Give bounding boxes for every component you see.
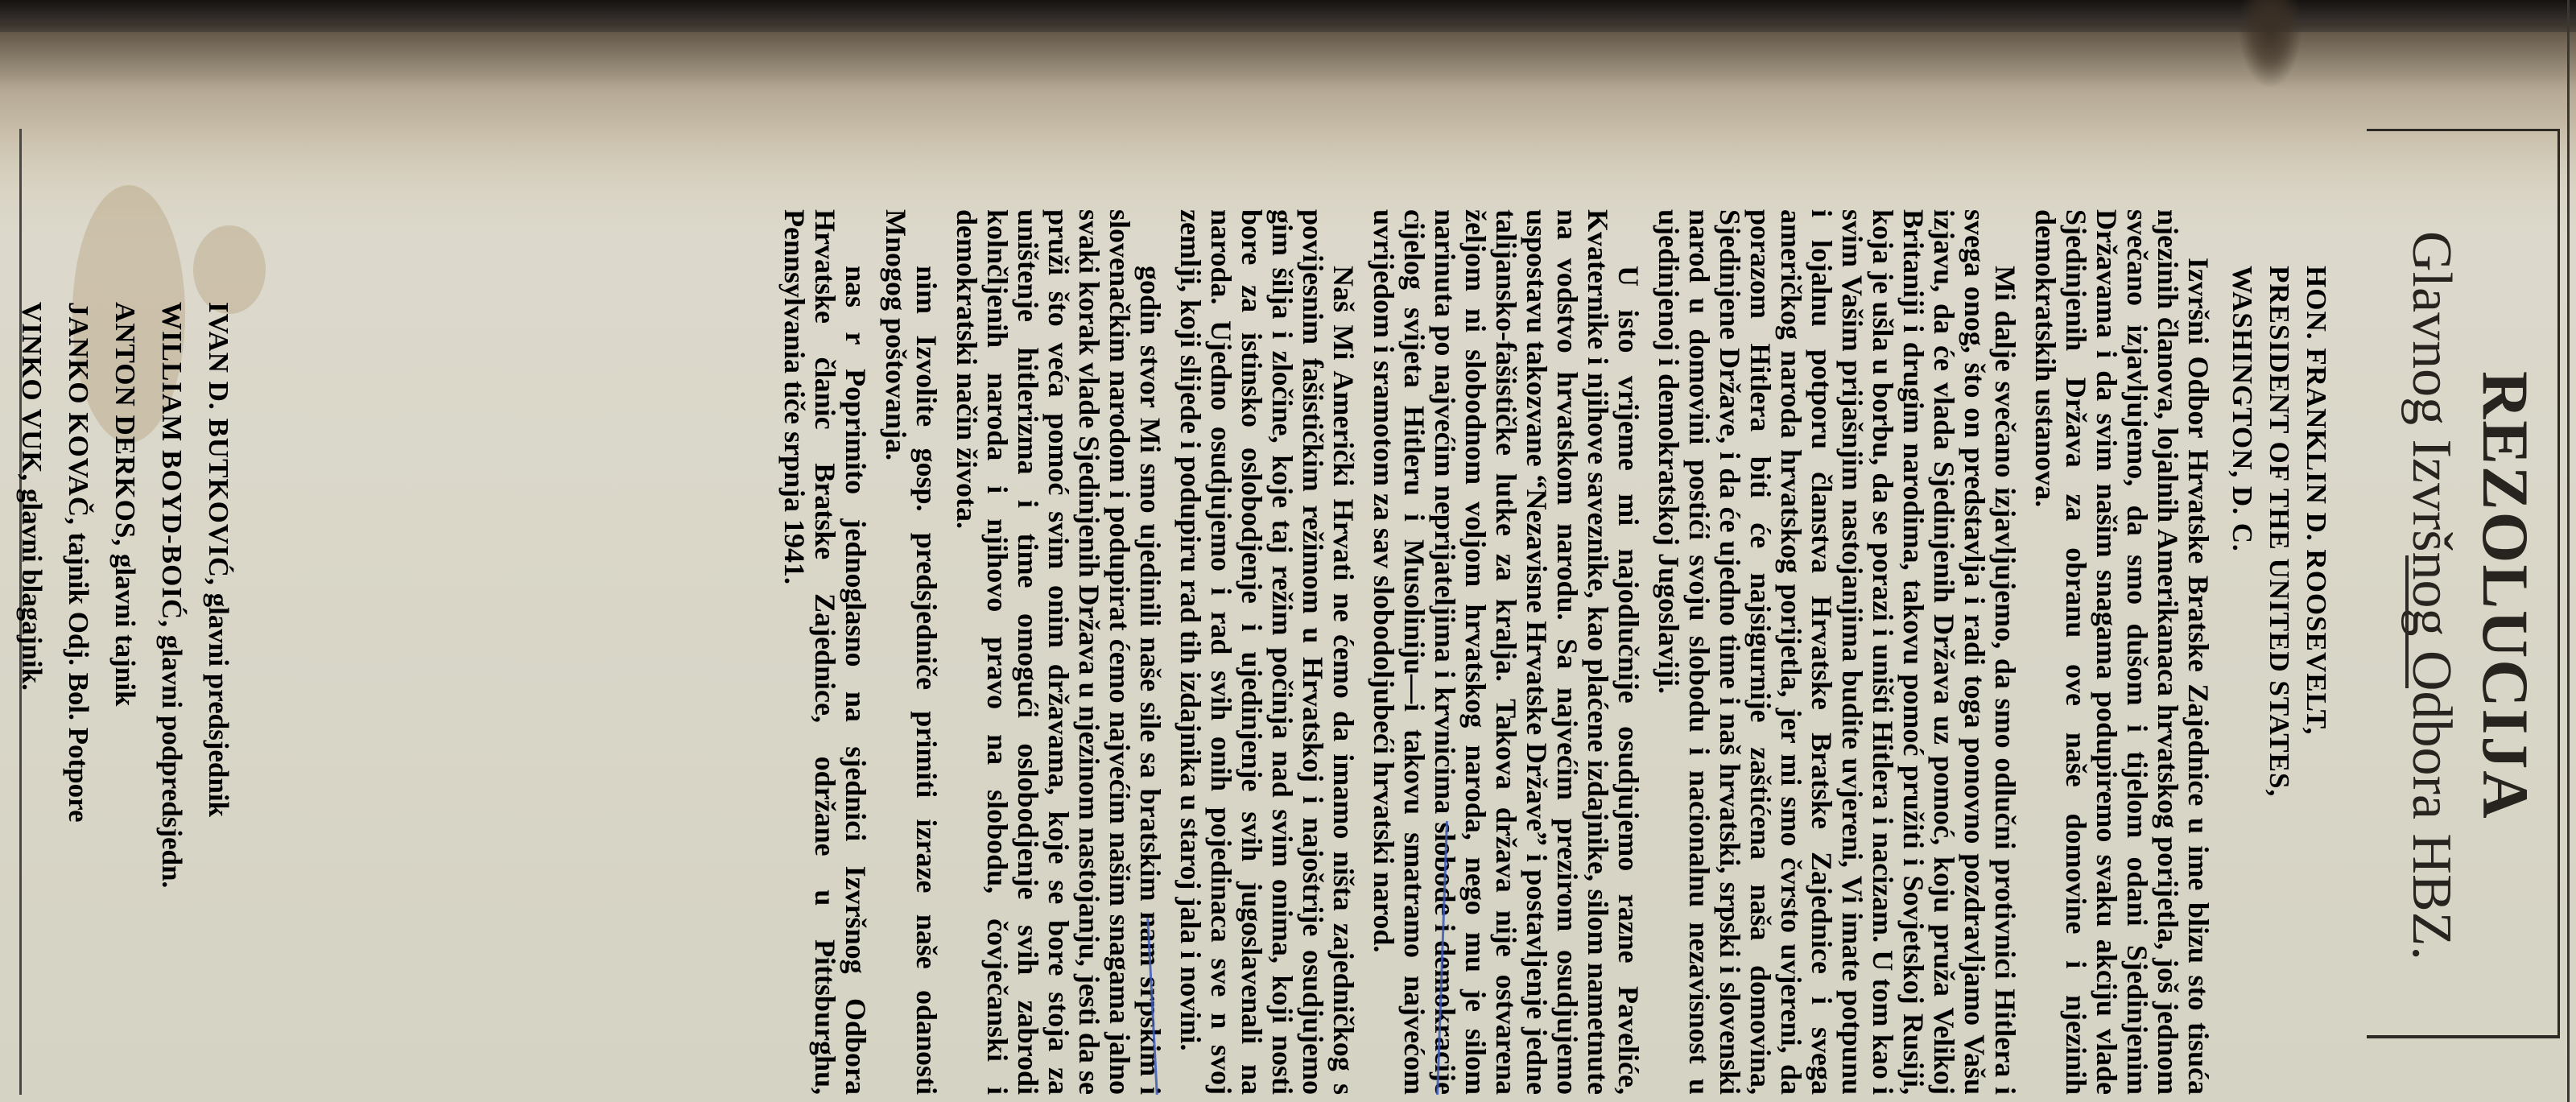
paper-stain bbox=[193, 225, 266, 314]
paragraph: godin stvor Mi smo ujedinili naše sile s… bbox=[952, 209, 1166, 1095]
paper-fold-strip bbox=[0, 32, 2576, 193]
paragraph: Izvršni Odbor Hrvatske Bratske Zajednice… bbox=[2030, 209, 2214, 1095]
address-block: HON. FRANKLIN D. ROOSEVELT, PRESIDENT OF… bbox=[2223, 266, 2334, 990]
address-line: PRESIDENT OF THE UNITED STATES, bbox=[2260, 266, 2297, 990]
paragraph: U isto vrijeme mi najodlučnije osudjujem… bbox=[1368, 209, 1644, 1095]
paragraph: nas r Poprimito jednoglasno na sjednici … bbox=[779, 209, 871, 1095]
signature: IVAN D. BUTKOVIĆ, glavni predsjednik bbox=[195, 302, 242, 914]
signature: WILLIAM BOYD-BOIĆ, glavni podpredsjedn. bbox=[148, 302, 195, 914]
signature: ANTON DERKOS, glavni tajnik bbox=[101, 302, 148, 914]
scan-dark-edge bbox=[0, 0, 2576, 23]
address-line: WASHINGTON, D. C. bbox=[2223, 266, 2260, 990]
paper-tear bbox=[2238, 0, 2302, 89]
headline: REZOLUCIJA Glavnog Izvršnog Odbora HBZ. bbox=[2396, 193, 2544, 998]
signature: VINKO VUK, glavni blagajnik. bbox=[8, 302, 55, 914]
paragraph: Naš Mi Američki Hrvati ne ćemo da imamo … bbox=[1175, 209, 1359, 1095]
headline-divider bbox=[2405, 555, 2409, 688]
resolution-body: Izvršni Odbor Hrvatske Bratske Zajednice… bbox=[266, 209, 2214, 1095]
paragraph: Mi dalje svečano izjavljujemo, da smo od… bbox=[1653, 209, 2021, 1095]
right-column-rule bbox=[2567, 0, 2570, 1102]
signature-block: IVAN D. BUTKOVIĆ, glavni predsjednik WIL… bbox=[8, 302, 242, 914]
signature: JANKO KOVAČ, tajnik Odj. Bol. Potpore bbox=[55, 302, 101, 914]
address-line: HON. FRANKLIN D. ROOSEVELT, bbox=[2297, 266, 2334, 990]
headline-title: REZOLUCIJA bbox=[2467, 193, 2544, 998]
paragraph: nim Izvolite gosp. predsjedniče primiti … bbox=[881, 209, 942, 1095]
scanned-clipping: REZOLUCIJA Glavnog Izvršnog Odbora HBZ. … bbox=[0, 0, 2576, 1102]
